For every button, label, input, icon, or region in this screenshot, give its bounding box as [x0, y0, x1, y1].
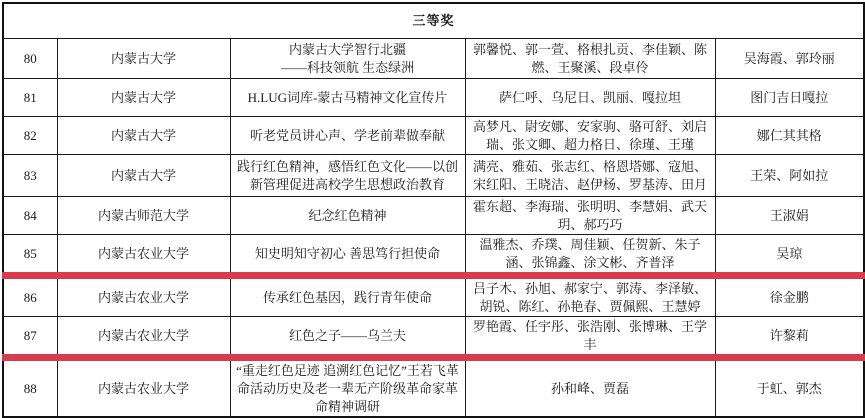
cell-members: 郭馨悦、郭一萱、格根扎贡、李佳颖、陈燃、王聚溪、段卓伶 [465, 39, 715, 79]
cell-project: 践行红色精神，感悟红色文化——以创新管理促进高校学生思想政治教育 [230, 155, 465, 197]
cell-number: 84 [3, 197, 57, 235]
table-row: 84 内蒙古师范大学 纪念红色精神 霍东超、李海瑞、张明明、李慧娟、武天玥、郝巧… [3, 197, 864, 235]
cell-number: 83 [3, 155, 57, 197]
cell-advisors: 于虹、郭杰 [715, 358, 864, 417]
cell-project: 内蒙古大学智行北疆 ——科技领航 生态绿洲 [230, 39, 465, 79]
cell-project: 知史明知守初心 善思笃行担使命 [230, 235, 465, 276]
cell-members: 温雅杰、乔璞、周佳颖、任贺新、朱子涵、张锦鑫、涂文彬、齐普泽 [465, 235, 715, 276]
table-row: 81 内蒙古大学 H.LUG词库-蒙古马精神文化宣传片 萨仁呼、乌尼日、凯丽、嘎… [3, 79, 864, 117]
cell-university: 内蒙古大学 [57, 155, 230, 197]
cell-project: “重走红色足迹 追溯红色记忆”王若飞革命活动历史及老一辈无产阶级革命家革命精神调… [230, 358, 465, 417]
cell-university: 内蒙古大学 [57, 39, 230, 79]
cell-advisors: 王荣、阿如拉 [715, 155, 864, 197]
cell-project: 传承红色基因，践行青年使命 [230, 276, 465, 317]
page-title: 三等奖 [3, 3, 864, 39]
award-table: 三等奖 80 内蒙古大学 内蒙古大学智行北疆 ——科技领航 生态绿洲 郭馨悦、郭… [2, 2, 865, 418]
cell-members: 高梦凡、尉安娜、安家驹、骆可舒、刘启瑞、张文卿、超力格日、徐瑾、王瑾 [465, 117, 715, 155]
table-row: 82 内蒙古大学 听老党员讲心声、学老前辈做奉献 高梦凡、尉安娜、安家驹、骆可舒… [3, 117, 864, 155]
cell-university: 内蒙古大学 [57, 79, 230, 117]
cell-number: 87 [3, 317, 57, 358]
table-row: 88 内蒙古农业大学 “重走红色足迹 追溯红色记忆”王若飞革命活动历史及老一辈无… [3, 358, 864, 417]
cell-project: 听老党员讲心声、学老前辈做奉献 [230, 117, 465, 155]
cell-advisors: 许黎莉 [715, 317, 864, 358]
table-header-row: 三等奖 [3, 3, 864, 39]
cell-university: 内蒙古师范大学 [57, 197, 230, 235]
cell-project: 红色之子——乌兰夫 [230, 317, 465, 358]
table-row-highlight-after: 85 内蒙古农业大学 知史明知守初心 善思笃行担使命 温雅杰、乔璞、周佳颖、任贺… [3, 235, 864, 276]
cell-university: 内蒙古农业大学 [57, 235, 230, 276]
cell-number: 88 [3, 358, 57, 417]
cell-number: 85 [3, 235, 57, 276]
cell-members: 吕子木、孙旭、郝家宁、郭涛、李泽敏、胡锐、陈红、孙艳春、贾佩熙、王慧婷 [465, 276, 715, 317]
table-row-highlight-after: 87 内蒙古农业大学 红色之子——乌兰夫 罗艳霞、任宇彤、张浩刚、张博琳、王学丰… [3, 317, 864, 358]
cell-members: 霍东超、李海瑞、张明明、李慧娟、武天玥、郝巧巧 [465, 197, 715, 235]
cell-number: 82 [3, 117, 57, 155]
table-row: 83 内蒙古大学 践行红色精神，感悟红色文化——以创新管理促进高校学生思想政治教… [3, 155, 864, 197]
table-row: 86 内蒙古农业大学 传承红色基因，践行青年使命 吕子木、孙旭、郝家宁、郭涛、李… [3, 276, 864, 317]
cell-number: 81 [3, 79, 57, 117]
cell-advisors: 图门吉日嘎拉 [715, 79, 864, 117]
cell-number: 80 [3, 39, 57, 79]
cell-university: 内蒙古大学 [57, 117, 230, 155]
cell-project: 纪念红色精神 [230, 197, 465, 235]
cell-university: 内蒙古农业大学 [57, 317, 230, 358]
cell-members: 罗艳霞、任宇彤、张浩刚、张博琳、王学丰 [465, 317, 715, 358]
cell-advisors: 娜仁其其格 [715, 117, 864, 155]
cell-members: 满亮、雅茹、张志红、格恩塔娜、寇旭、宋红阳、王晓洁、赵伊杨、罗基涛、田月 [465, 155, 715, 197]
cell-members: 孙和峰、贾磊 [465, 358, 715, 417]
cell-university: 内蒙古农业大学 [57, 276, 230, 317]
table-row: 80 内蒙古大学 内蒙古大学智行北疆 ——科技领航 生态绿洲 郭馨悦、郭一萱、格… [3, 39, 864, 79]
cell-members: 萨仁呼、乌尼日、凯丽、嘎拉坦 [465, 79, 715, 117]
cell-university: 内蒙古农业大学 [57, 358, 230, 417]
cell-number: 86 [3, 276, 57, 317]
cell-advisors: 徐金鹏 [715, 276, 864, 317]
cell-advisors: 王淑娟 [715, 197, 864, 235]
cell-project: H.LUG词库-蒙古马精神文化宣传片 [230, 79, 465, 117]
cell-advisors: 吴海霞、郭玲丽 [715, 39, 864, 79]
cell-advisors: 吴琼 [715, 235, 864, 276]
